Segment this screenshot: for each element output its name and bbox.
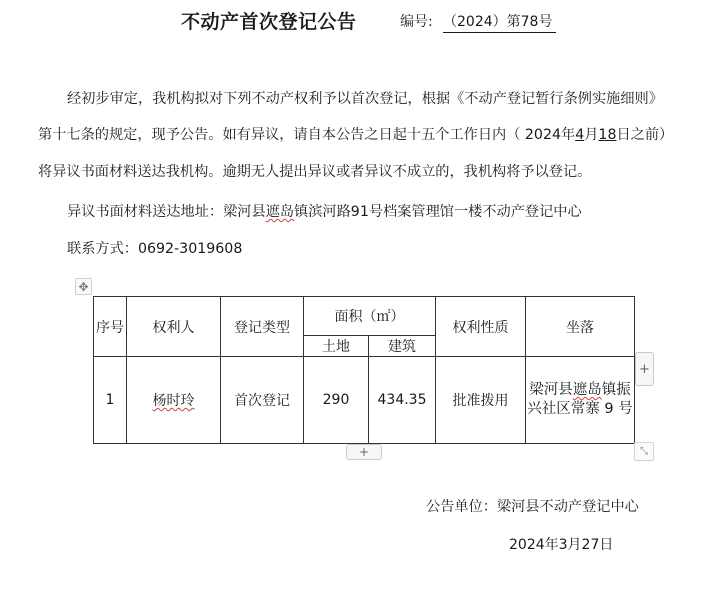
header-location[interactable]: 坐落 bbox=[526, 297, 635, 357]
location-text-post: 镇振 bbox=[602, 382, 631, 398]
issue-date: 2024年3月27日 bbox=[509, 534, 613, 554]
table-resize-handle-icon[interactable]: ⤡ bbox=[634, 442, 654, 461]
deadline-month: 4 bbox=[575, 127, 584, 143]
month-suffix: 月 bbox=[584, 127, 598, 143]
header-holder[interactable]: 权利人 bbox=[127, 297, 221, 357]
header-right-nature[interactable]: 权利性质 bbox=[436, 297, 526, 357]
issuing-unit: 公告单位：梁河县不动产登记中心 bbox=[426, 496, 639, 516]
notice-paragraph-line-3: 将异议书面材料送达我机构。逾期无人提出异议或者异议不成立的，我机构将予以登记。 bbox=[38, 161, 591, 181]
location-line-1: 梁河县遮岛镇振 bbox=[526, 381, 634, 400]
deadline-day: 18 bbox=[598, 127, 616, 143]
cell-area-land[interactable]: 290 bbox=[304, 357, 369, 444]
cell-seq[interactable]: 1 bbox=[94, 357, 127, 444]
holder-name: 杨时玲 bbox=[153, 393, 195, 409]
contact-label: 联系方式： bbox=[67, 241, 138, 257]
header-area[interactable]: 面积（㎡） bbox=[304, 297, 436, 336]
notice-paragraph-line-1: 经初步审定，我机构拟对下列不动产权利予以首次登记，根据《不动产登记暂行条例实施细… bbox=[67, 88, 663, 108]
contact-phone: 0692-3019608 bbox=[138, 241, 242, 257]
notice-line-2-tail: 日之前） bbox=[616, 127, 673, 143]
location-text-pre: 梁河县 bbox=[529, 382, 573, 398]
page-title: 不动产首次登记公告 bbox=[181, 7, 357, 34]
table-row: 1 杨时玲 首次登记 290 434.35 批准拨用 梁河县遮岛镇振兴社区常寨 … bbox=[94, 357, 635, 444]
address-text-pre: 梁河县 bbox=[223, 204, 266, 220]
cell-holder[interactable]: 杨时玲 bbox=[127, 357, 221, 444]
contact-info: 联系方式：0692-3019608 bbox=[67, 238, 242, 258]
header-area-building[interactable]: 建筑 bbox=[369, 336, 436, 357]
address-label: 异议书面材料送达地址： bbox=[67, 204, 223, 220]
cell-right-nature[interactable]: 批准拨用 bbox=[436, 357, 526, 444]
table-move-handle-icon[interactable]: ✥ bbox=[75, 278, 92, 295]
add-row-button[interactable]: + bbox=[346, 444, 382, 460]
cell-area-building[interactable]: 434.35 bbox=[369, 357, 436, 444]
doc-number-label: 编号: bbox=[400, 11, 433, 31]
address-text-post: 镇滨河路91号档案管理馆一楼不动产登记中心 bbox=[294, 204, 582, 220]
add-column-button[interactable]: + bbox=[635, 352, 654, 386]
notice-line-2-text: 第十七条的规定，现予公告。如有异议，请自本公告之日起十五个工作日内（ 2024年 bbox=[38, 127, 575, 143]
header-area-land[interactable]: 土地 bbox=[304, 336, 369, 357]
cell-reg-type[interactable]: 首次登记 bbox=[221, 357, 304, 444]
notice-paragraph-line-2: 第十七条的规定，现予公告。如有异议，请自本公告之日起十五个工作日内（ 2024年… bbox=[38, 124, 673, 144]
address-spellcheck-word: 遮岛 bbox=[266, 204, 294, 220]
header-seq[interactable]: 序号 bbox=[94, 297, 127, 357]
cell-location[interactable]: 梁河县遮岛镇振兴社区常寨 9 号 bbox=[526, 357, 635, 444]
location-line-2: 兴社区常寨 9 号 bbox=[526, 400, 634, 419]
header-reg-type[interactable]: 登记类型 bbox=[221, 297, 304, 357]
registration-table: 序号 权利人 登记类型 面积（㎡） 权利性质 坐落 土地 建筑 1 杨时玲 首次… bbox=[93, 296, 635, 444]
doc-number-value: （2024）第78号 bbox=[443, 11, 556, 33]
location-spellcheck-word: 遮岛 bbox=[573, 382, 602, 398]
objection-address: 异议书面材料送达地址：梁河县遮岛镇滨河路91号档案管理馆一楼不动产登记中心 bbox=[67, 201, 582, 221]
